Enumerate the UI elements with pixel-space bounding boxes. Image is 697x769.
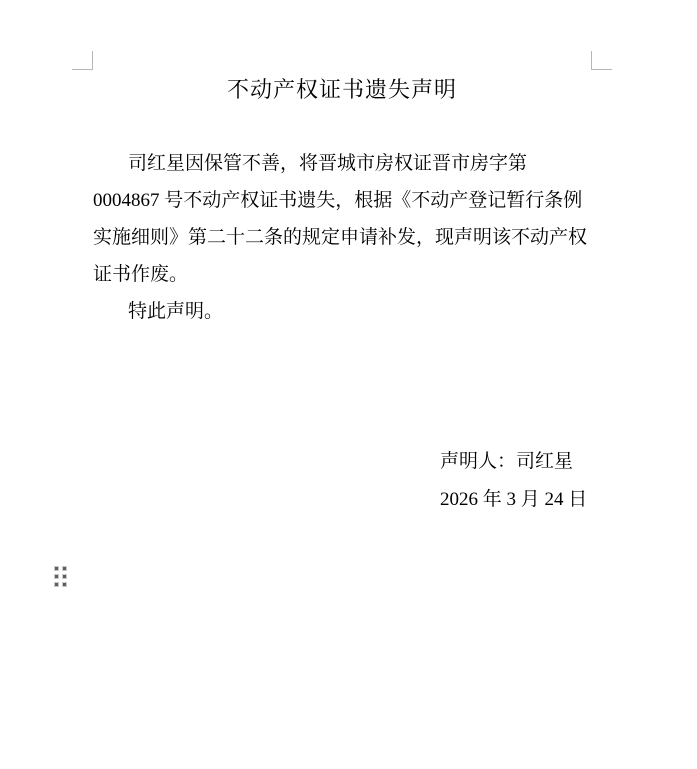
grip-dot (55, 575, 58, 578)
paragraph-line-4[interactable]: 证书作废。 (93, 256, 591, 293)
paragraph-line-1[interactable]: 司红星因保管不善，将晋城市房权证晋市房字第 (93, 145, 591, 182)
signature-block: 声明人：司红星 2026 年 3 月 24 日 (440, 443, 591, 519)
margin-corner-mark-top-left-icon (72, 51, 93, 70)
document-page: 不动产权证书遗失声明 司红星因保管不善，将晋城市房权证晋市房字第 0004867… (0, 0, 697, 769)
date-line[interactable]: 2026 年 3 月 24 日 (440, 481, 591, 519)
grip-dot (55, 583, 58, 586)
declaration-paragraph: 司红星因保管不善，将晋城市房权证晋市房字第 0004867 号不动产权证书遗失，… (93, 145, 591, 330)
grip-dot (63, 567, 66, 570)
paragraph-line-2[interactable]: 0004867 号不动产权证书遗失，根据《不动产登记暂行条例 (93, 182, 591, 219)
document-text-area: 不动产权证书遗失声明 司红星因保管不善，将晋城市房权证晋市房字第 0004867… (93, 70, 591, 519)
grip-dot (63, 583, 66, 586)
grip-dot (63, 575, 66, 578)
grip-dot (55, 567, 58, 570)
grip-dots-icon[interactable] (55, 567, 66, 586)
closing-line[interactable]: 特此声明。 (93, 293, 591, 330)
paragraph-line-3[interactable]: 实施细则》第二十二条的规定申请补发，现声明该不动产权 (93, 219, 591, 256)
document-title[interactable]: 不动产权证书遗失声明 (93, 78, 591, 102)
margin-corner-mark-top-right-icon (591, 51, 612, 70)
signature-line[interactable]: 声明人：司红星 (440, 443, 591, 481)
